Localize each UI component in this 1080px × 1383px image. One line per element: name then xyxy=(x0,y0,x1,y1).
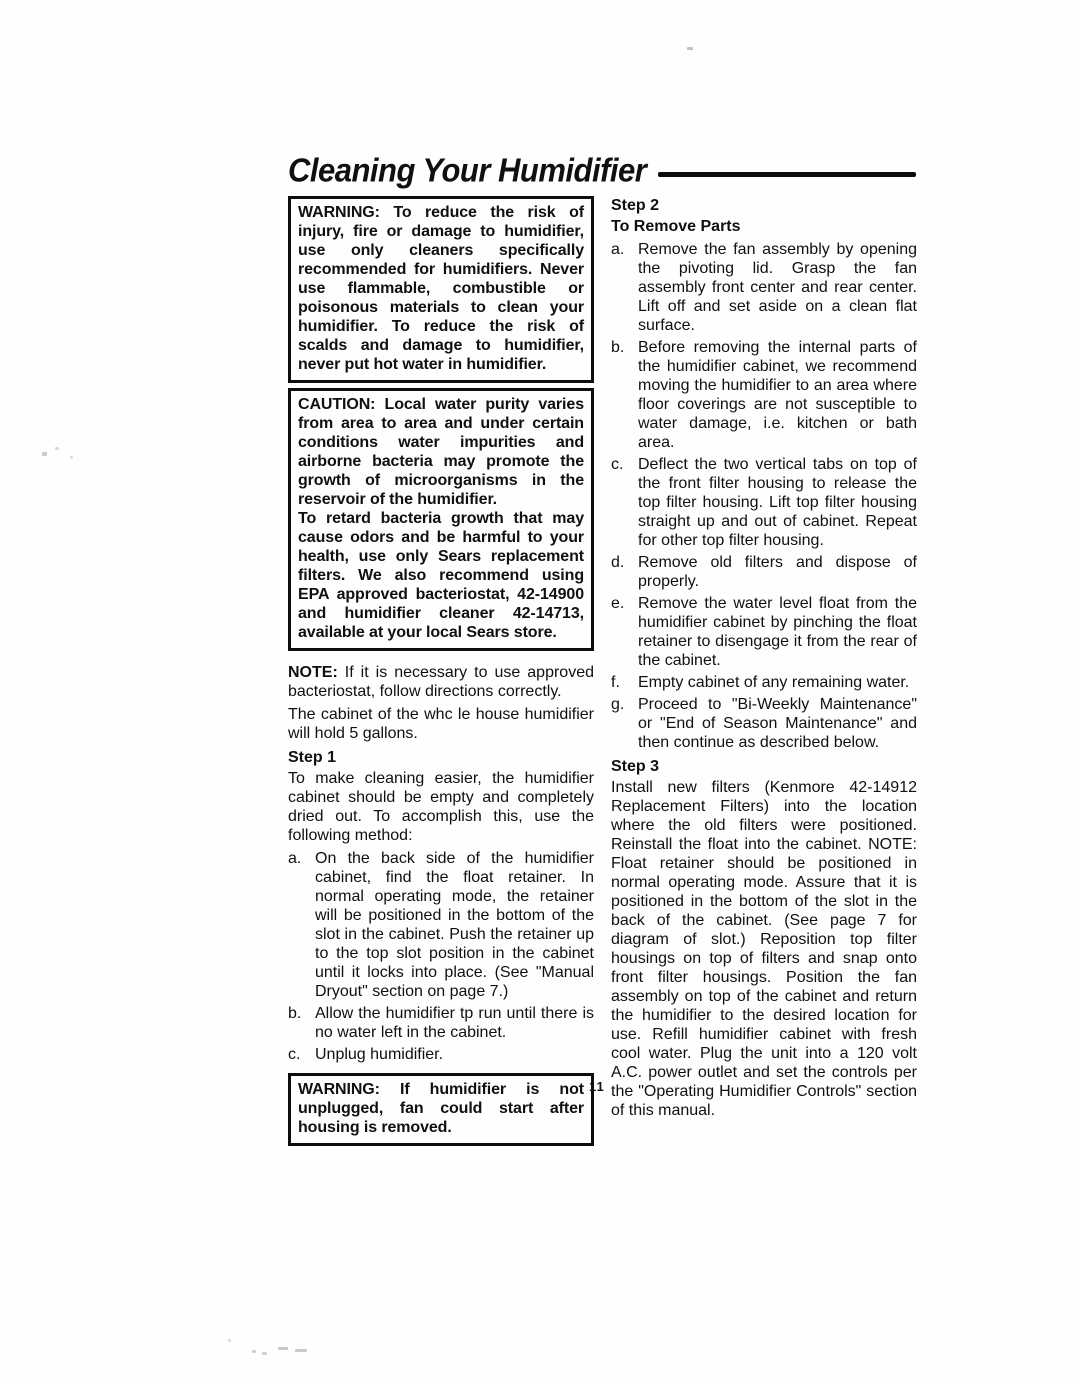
scan-artifact xyxy=(687,47,693,50)
step2-item-b-label: b. xyxy=(611,338,638,452)
step2-item-f-label: f. xyxy=(611,673,638,692)
step1-item-a: a. On the back side of the humidifier ca… xyxy=(288,849,594,1001)
step2-item-c-label: c. xyxy=(611,455,638,550)
step2-item-f-text: Empty cabinet of any remaining water. xyxy=(638,673,917,692)
step3-heading: Step 3 xyxy=(611,757,917,776)
page-number: 11 xyxy=(589,1079,605,1094)
step2-item-d-label: d. xyxy=(611,553,638,591)
title-row: Cleaning Your Humidifier xyxy=(288,150,916,194)
cabinet-capacity-paragraph: The cabinet of the whc le house humidifi… xyxy=(288,705,594,743)
step2-item-e-text: Remove the water level float from the hu… xyxy=(638,594,917,670)
step1-item-a-text: On the back side of the humidifier cabin… xyxy=(315,849,594,1001)
step1-item-b: b. Allow the humidifier tp run until the… xyxy=(288,1004,594,1042)
warning-box-unplugged: WARNING: If humidifier is not unplugged,… xyxy=(288,1073,594,1146)
step2-item-e-label: e. xyxy=(611,594,638,670)
step2-item-f: f. Empty cabinet of any remaining water. xyxy=(611,673,917,692)
scan-artifact xyxy=(228,1339,231,1342)
step2-item-a-label: a. xyxy=(611,240,638,335)
caution-paragraph-1: CAUTION: Local water purity varies from … xyxy=(298,395,584,509)
right-column: Step 2 To Remove Parts a. Remove the fan… xyxy=(611,196,917,1146)
step2-heading: Step 2 xyxy=(611,196,917,215)
step1-item-c: c. Unplug humidifier. xyxy=(288,1045,594,1064)
step2-item-d: d. Remove old filters and dispose of pro… xyxy=(611,553,917,591)
step1-item-c-text: Unplug humidifier. xyxy=(315,1045,594,1064)
note-label: NOTE: xyxy=(288,664,338,681)
manual-page: Cleaning Your Humidifier WARNING: To red… xyxy=(0,0,1080,1383)
step2-item-c: c. Deflect the two vertical tabs on top … xyxy=(611,455,917,550)
step2-item-g-text: Proceed to "Bi-Weekly Maintenance" or "E… xyxy=(638,695,917,752)
page-title: Cleaning Your Humidifier xyxy=(288,151,646,190)
caution-paragraph-2: To retard bacteria growth that may cause… xyxy=(298,509,584,642)
step2-item-g-label: g. xyxy=(611,695,638,752)
step2-item-b-text: Before removing the internal parts of th… xyxy=(638,338,917,452)
scan-artifact xyxy=(55,447,59,450)
step2-item-a: a. Remove the fan assembly by opening th… xyxy=(611,240,917,335)
caution-box-water-purity: CAUTION: Local water purity varies from … xyxy=(288,388,594,651)
step1-item-a-label: a. xyxy=(288,849,315,1001)
step2-item-g: g. Proceed to "Bi-Weekly Maintenance" or… xyxy=(611,695,917,752)
note-paragraph: NOTE: If it is necessary to use approved… xyxy=(288,663,594,701)
scan-artifact xyxy=(42,452,47,456)
warning-box-unplugged-text: WARNING: If humidifier is not unplugged,… xyxy=(298,1080,584,1137)
warning-box-cleaners-text: WARNING: To reduce the risk of injury, f… xyxy=(298,203,584,374)
step2-item-d-text: Remove old filters and dispose of proper… xyxy=(638,553,917,591)
step3-body: Install new filters (Kenmore 42-14912 Re… xyxy=(611,778,917,1120)
step2-item-c-text: Deflect the two vertical tabs on top of … xyxy=(638,455,917,550)
warning-box-cleaners: WARNING: To reduce the risk of injury, f… xyxy=(288,196,594,383)
two-column-layout: WARNING: To reduce the risk of injury, f… xyxy=(288,196,916,1146)
scan-artifact xyxy=(295,1349,307,1352)
step1-item-b-label: b. xyxy=(288,1004,315,1042)
scan-artifact xyxy=(70,456,73,459)
step2-item-b: b. Before removing the internal parts of… xyxy=(611,338,917,452)
step2-item-e: e. Remove the water level float from the… xyxy=(611,594,917,670)
step2-subheading: To Remove Parts xyxy=(611,217,917,236)
step1-item-c-label: c. xyxy=(288,1045,315,1064)
title-rule-divider xyxy=(658,172,916,177)
step1-intro: To make cleaning easier, the humidifier … xyxy=(288,769,594,845)
scan-artifact xyxy=(278,1347,288,1350)
scan-artifact xyxy=(262,1352,267,1355)
step1-item-b-text: Allow the humidifier tp run until there … xyxy=(315,1004,594,1042)
step1-heading: Step 1 xyxy=(288,748,594,767)
page-content: Cleaning Your Humidifier WARNING: To red… xyxy=(288,150,916,1146)
step2-item-a-text: Remove the fan assembly by opening the p… xyxy=(638,240,917,335)
scan-artifact xyxy=(252,1350,256,1353)
left-column: WARNING: To reduce the risk of injury, f… xyxy=(288,196,594,1146)
